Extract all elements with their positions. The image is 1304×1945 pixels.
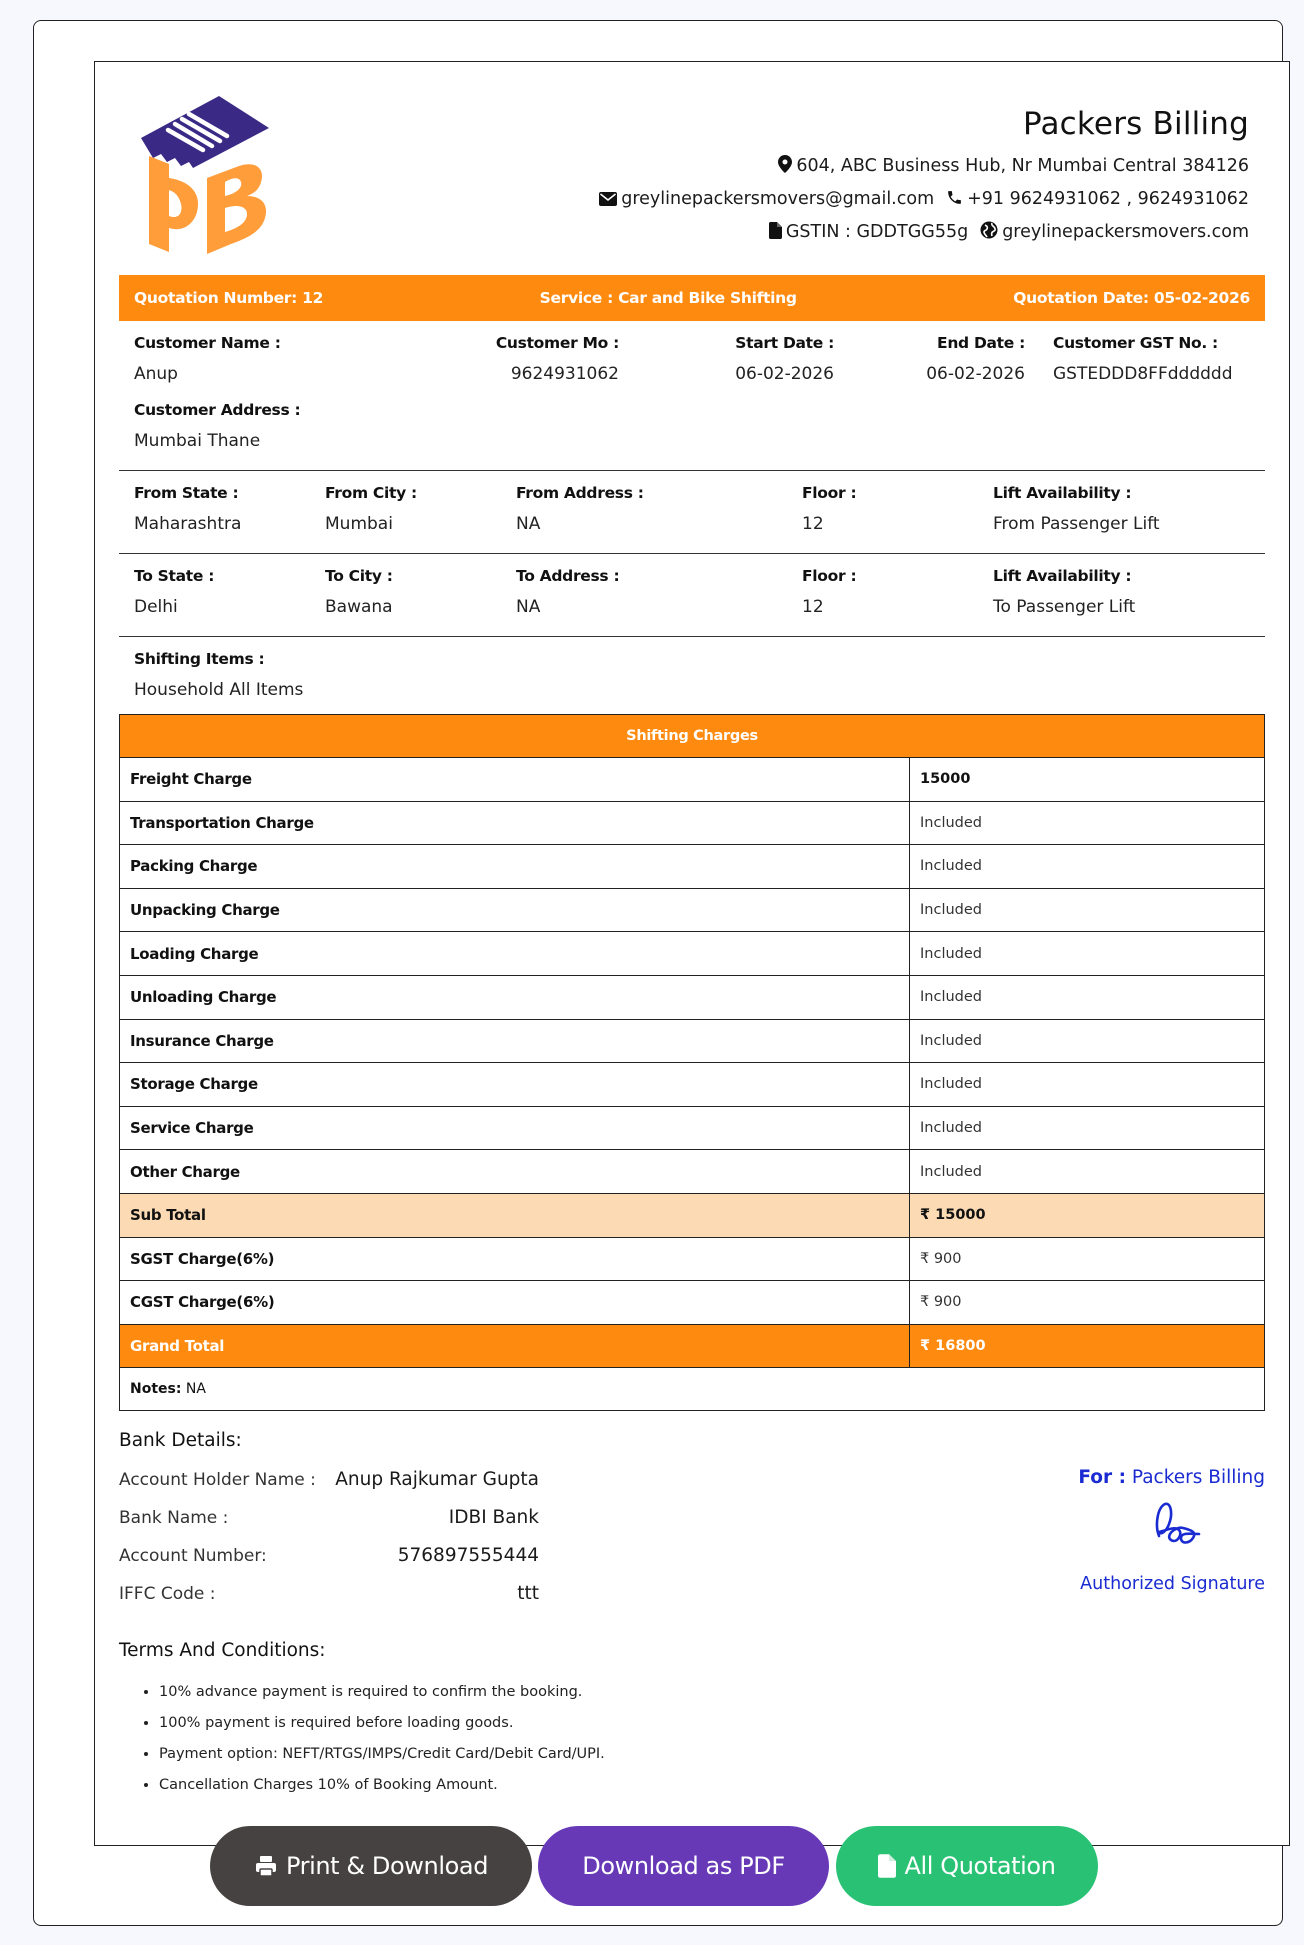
to-state-field: To State : Delhi bbox=[134, 567, 214, 617]
start-date-field: Start Date : 06-02-2026 bbox=[655, 334, 834, 384]
customer-name-label: Customer Name : bbox=[134, 334, 281, 352]
subtotal-label: Sub Total bbox=[120, 1193, 910, 1237]
bank-row: Account Holder Name :Anup Rajkumar Gupta bbox=[119, 1469, 539, 1507]
file-icon bbox=[769, 222, 782, 239]
table-row: Other ChargeIncluded bbox=[120, 1150, 1265, 1194]
to-city-label: To City : bbox=[325, 567, 393, 585]
grand-total-value: ₹ 16800 bbox=[910, 1324, 1265, 1368]
charge-value: Included bbox=[910, 932, 1265, 976]
charges-table: Shifting Charges Freight Charge15000 Tra… bbox=[119, 714, 1265, 1411]
quotation-info-bar: Quotation Number: 12 Service : Car and B… bbox=[119, 275, 1265, 321]
subtotal-value: ₹ 15000 bbox=[910, 1193, 1265, 1237]
charges-table-title: Shifting Charges bbox=[120, 715, 1265, 758]
customer-name-field: Customer Name : Anup bbox=[134, 334, 281, 384]
signature-for-label: For : bbox=[1078, 1467, 1126, 1488]
from-city-label: From City : bbox=[325, 484, 417, 502]
charge-label: Other Charge bbox=[120, 1150, 910, 1194]
quotation-page: Packers Billing 604, ABC Business Hub, N… bbox=[94, 61, 1290, 1846]
terms-item: Payment option: NEFT/RTGS/IMPS/Credit Ca… bbox=[159, 1739, 605, 1770]
from-lift-label: Lift Availability : bbox=[993, 484, 1160, 502]
bank-label: Account Holder Name : bbox=[119, 1470, 316, 1490]
bank-row: Bank Name :IDBI Bank bbox=[119, 1507, 539, 1545]
bank-value: IDBI Bank bbox=[449, 1507, 539, 1528]
phone-icon bbox=[946, 189, 963, 206]
from-state-field: From State : Maharashtra bbox=[134, 484, 241, 534]
customer-mobile-label: Customer Mo : bbox=[465, 334, 619, 352]
divider bbox=[119, 636, 1265, 637]
table-row: Service ChargeIncluded bbox=[120, 1106, 1265, 1150]
customer-mobile-value: 9624931062 bbox=[465, 364, 619, 384]
charge-value: Included bbox=[910, 1063, 1265, 1107]
map-marker-icon bbox=[778, 155, 792, 173]
bank-details: Bank Details: Account Holder Name :Anup … bbox=[119, 1430, 539, 1621]
charge-value: Included bbox=[910, 975, 1265, 1019]
terms-list: 10% advance payment is required to confi… bbox=[119, 1677, 605, 1801]
notes-row: Notes: NA bbox=[120, 1368, 1265, 1411]
bank-value: ttt bbox=[517, 1583, 539, 1604]
terms-item: Cancellation Charges 10% of Booking Amou… bbox=[159, 1770, 605, 1801]
table-row: Packing ChargeIncluded bbox=[120, 845, 1265, 889]
charge-value: Included bbox=[910, 801, 1265, 845]
print-download-button[interactable]: Print & Download bbox=[210, 1826, 532, 1906]
company-info: Packers Billing 604, ABC Business Hub, N… bbox=[599, 104, 1249, 249]
subtotal-row: Sub Total₹ 15000 bbox=[120, 1193, 1265, 1237]
company-address: 604, ABC Business Hub, Nr Mumbai Central… bbox=[796, 156, 1249, 176]
download-pdf-button[interactable]: Download as PDF bbox=[538, 1826, 829, 1906]
bank-value: 576897555444 bbox=[398, 1545, 539, 1566]
company-website[interactable]: greylinepackersmovers.com bbox=[1002, 222, 1249, 242]
customer-address-label: Customer Address : bbox=[134, 401, 300, 419]
from-floor-field: Floor : 12 bbox=[802, 484, 856, 534]
authorized-signature-label: Authorized Signature bbox=[1055, 1574, 1265, 1594]
terms-item: 100% payment is required before loading … bbox=[159, 1708, 605, 1739]
printer-icon bbox=[254, 1854, 278, 1878]
service-type: Service : Car and Bike Shifting bbox=[540, 289, 797, 307]
signature-block: For : Packers Billing Authorized Signatu… bbox=[1055, 1467, 1265, 1594]
all-quotation-label: All Quotation bbox=[904, 1852, 1055, 1880]
to-state-value: Delhi bbox=[134, 597, 214, 617]
sgst-label: SGST Charge(6%) bbox=[120, 1237, 910, 1281]
charge-value: Included bbox=[910, 1019, 1265, 1063]
company-contact-line: greylinepackersmovers@gmail.com+91 96249… bbox=[599, 183, 1249, 216]
cgst-value: ₹ 900 bbox=[910, 1281, 1265, 1325]
globe-icon bbox=[980, 221, 998, 239]
signature-image bbox=[1147, 1496, 1207, 1556]
sgst-value: ₹ 900 bbox=[910, 1237, 1265, 1281]
grand-total-label: Grand Total bbox=[120, 1324, 910, 1368]
from-state-value: Maharashtra bbox=[134, 514, 241, 534]
company-gstin: GSTIN : GDDTGG55g bbox=[786, 222, 968, 242]
from-city-value: Mumbai bbox=[325, 514, 417, 534]
all-quotation-button[interactable]: All Quotation bbox=[836, 1826, 1098, 1906]
charge-value: Included bbox=[910, 888, 1265, 932]
notes-cell: Notes: NA bbox=[120, 1368, 1265, 1411]
charge-label: Storage Charge bbox=[120, 1063, 910, 1107]
charge-value: Included bbox=[910, 1106, 1265, 1150]
signature-for: For : Packers Billing bbox=[1055, 1467, 1265, 1488]
charge-value: Included bbox=[910, 1150, 1265, 1194]
bank-label: Account Number: bbox=[119, 1546, 267, 1566]
from-address-value: NA bbox=[516, 514, 644, 534]
grand-total-row: Grand Total₹ 16800 bbox=[120, 1324, 1265, 1368]
customer-address-value: Mumbai Thane bbox=[134, 431, 300, 451]
bank-value: Anup Rajkumar Gupta bbox=[335, 1469, 539, 1490]
terms-and-conditions: Terms And Conditions: 10% advance paymen… bbox=[119, 1640, 605, 1801]
to-address-value: NA bbox=[516, 597, 619, 617]
shifting-items-field: Shifting Items : Household All Items bbox=[134, 650, 303, 700]
table-row: Unpacking ChargeIncluded bbox=[120, 888, 1265, 932]
end-date-value: 06-02-2026 bbox=[865, 364, 1025, 384]
cgst-row: CGST Charge(6%)₹ 900 bbox=[120, 1281, 1265, 1325]
table-row: Freight Charge15000 bbox=[120, 758, 1265, 802]
file-icon bbox=[878, 1854, 896, 1878]
table-row: Insurance ChargeIncluded bbox=[120, 1019, 1265, 1063]
from-floor-label: Floor : bbox=[802, 484, 856, 502]
to-lift-value: To Passenger Lift bbox=[993, 597, 1135, 617]
divider bbox=[119, 470, 1265, 471]
download-pdf-label: Download as PDF bbox=[582, 1852, 785, 1880]
end-date-field: End Date : 06-02-2026 bbox=[865, 334, 1025, 384]
envelope-icon bbox=[599, 192, 617, 206]
quotation-card: Packers Billing 604, ABC Business Hub, N… bbox=[33, 20, 1283, 1926]
from-address-label: From Address : bbox=[516, 484, 644, 502]
company-gst-web-line: GSTIN : GDDTGG55ggreylinepackersmovers.c… bbox=[599, 216, 1249, 249]
company-email[interactable]: greylinepackersmovers@gmail.com bbox=[621, 189, 934, 209]
start-date-label: Start Date : bbox=[655, 334, 834, 352]
charge-label: Freight Charge bbox=[120, 758, 910, 802]
to-floor-label: Floor : bbox=[802, 567, 856, 585]
customer-mobile-field: Customer Mo : 9624931062 bbox=[465, 334, 619, 384]
charge-label: Packing Charge bbox=[120, 845, 910, 889]
shifting-items-label: Shifting Items : bbox=[134, 650, 303, 668]
charge-label: Loading Charge bbox=[120, 932, 910, 976]
quotation-number: Quotation Number: 12 bbox=[134, 289, 323, 307]
from-floor-value: 12 bbox=[802, 514, 856, 534]
to-address-label: To Address : bbox=[516, 567, 619, 585]
to-city-value: Bawana bbox=[325, 597, 393, 617]
quotation-date: Quotation Date: 05-02-2026 bbox=[1013, 289, 1250, 307]
customer-name-value: Anup bbox=[134, 364, 281, 384]
from-city-field: From City : Mumbai bbox=[325, 484, 417, 534]
bank-row: IFFC Code :ttt bbox=[119, 1583, 539, 1621]
to-lift-label: Lift Availability : bbox=[993, 567, 1135, 585]
company-name: Packers Billing bbox=[599, 104, 1249, 144]
to-state-label: To State : bbox=[134, 567, 214, 585]
charge-label: Insurance Charge bbox=[120, 1019, 910, 1063]
divider bbox=[119, 553, 1265, 554]
to-address-field: To Address : NA bbox=[516, 567, 619, 617]
notes-label: Notes: bbox=[130, 1381, 181, 1397]
terms-title: Terms And Conditions: bbox=[119, 1640, 605, 1661]
to-floor-value: 12 bbox=[802, 597, 856, 617]
bank-label: IFFC Code : bbox=[119, 1584, 216, 1604]
from-address-field: From Address : NA bbox=[516, 484, 644, 534]
signature-company: Packers Billing bbox=[1132, 1467, 1265, 1488]
to-city-field: To City : Bawana bbox=[325, 567, 393, 617]
notes-value: NA bbox=[186, 1381, 206, 1397]
from-lift-field: Lift Availability : From Passenger Lift bbox=[993, 484, 1160, 534]
customer-gst-field: Customer GST No. : GSTEDDD8FFdddddd bbox=[1053, 334, 1232, 384]
company-address-line: 604, ABC Business Hub, Nr Mumbai Central… bbox=[599, 150, 1249, 183]
customer-address-field: Customer Address : Mumbai Thane bbox=[134, 401, 300, 451]
table-row: Unloading ChargeIncluded bbox=[120, 975, 1265, 1019]
end-date-label: End Date : bbox=[865, 334, 1025, 352]
sgst-row: SGST Charge(6%)₹ 900 bbox=[120, 1237, 1265, 1281]
bank-details-title: Bank Details: bbox=[119, 1430, 539, 1451]
action-buttons: Print & Download Download as PDF All Quo… bbox=[0, 1826, 1304, 1906]
company-phone[interactable]: +91 9624931062 , 9624931062 bbox=[967, 189, 1249, 209]
customer-gst-value: GSTEDDD8FFdddddd bbox=[1053, 364, 1232, 384]
company-logo bbox=[131, 86, 281, 256]
shifting-items-value: Household All Items bbox=[134, 680, 303, 700]
table-row: Storage ChargeIncluded bbox=[120, 1063, 1265, 1107]
to-lift-field: Lift Availability : To Passenger Lift bbox=[993, 567, 1135, 617]
to-floor-field: Floor : 12 bbox=[802, 567, 856, 617]
table-row: Transportation ChargeIncluded bbox=[120, 801, 1265, 845]
charge-label: Unloading Charge bbox=[120, 975, 910, 1019]
charge-value: Included bbox=[910, 845, 1265, 889]
cgst-label: CGST Charge(6%) bbox=[120, 1281, 910, 1325]
charge-label: Transportation Charge bbox=[120, 801, 910, 845]
bank-label: Bank Name : bbox=[119, 1508, 228, 1528]
print-download-label: Print & Download bbox=[286, 1852, 488, 1880]
start-date-value: 06-02-2026 bbox=[655, 364, 834, 384]
customer-gst-label: Customer GST No. : bbox=[1053, 334, 1232, 352]
from-state-label: From State : bbox=[134, 484, 241, 502]
table-row: Loading ChargeIncluded bbox=[120, 932, 1265, 976]
charge-value: 15000 bbox=[910, 758, 1265, 802]
charge-label: Service Charge bbox=[120, 1106, 910, 1150]
bank-row: Account Number:576897555444 bbox=[119, 1545, 539, 1583]
charge-label: Unpacking Charge bbox=[120, 888, 910, 932]
terms-item: 10% advance payment is required to confi… bbox=[159, 1677, 605, 1708]
from-lift-value: From Passenger Lift bbox=[993, 514, 1160, 534]
